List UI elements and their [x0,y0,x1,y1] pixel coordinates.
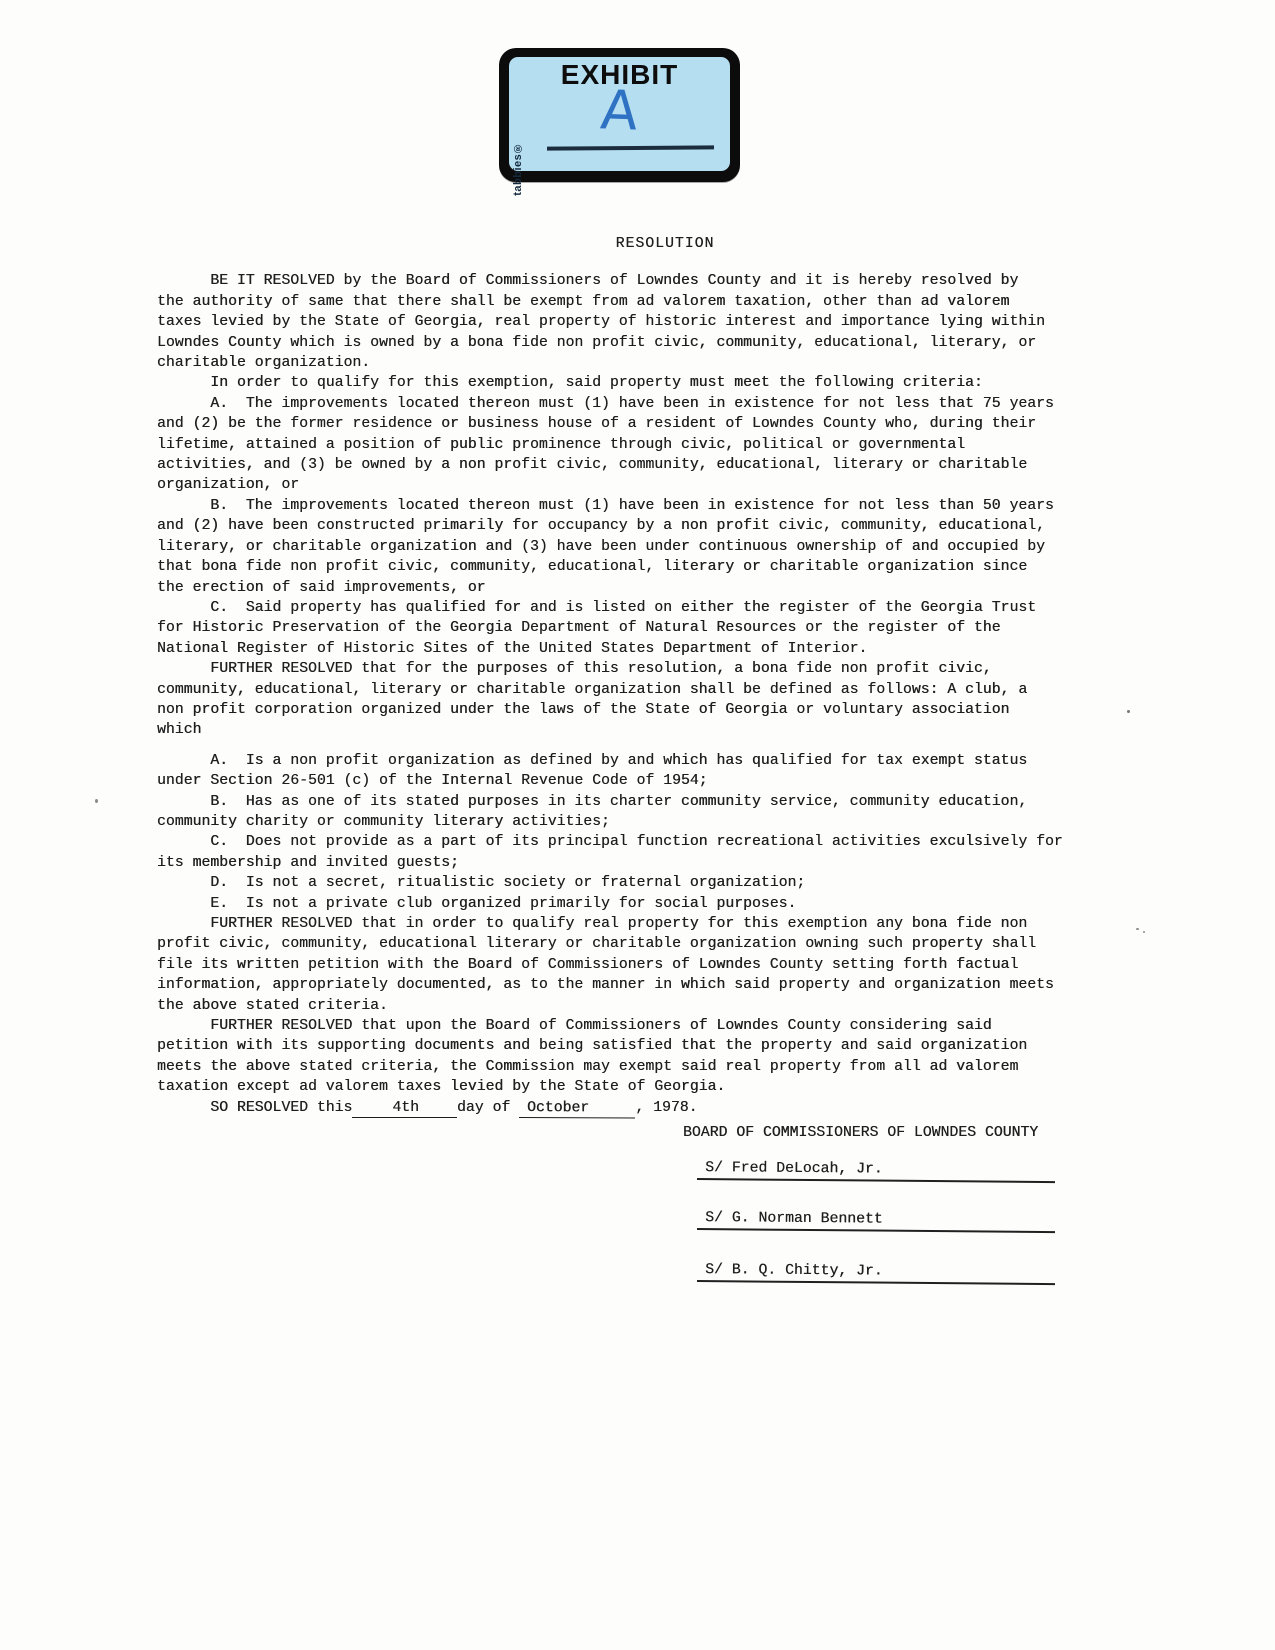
paragraph: B. The improvements located thereon must… [157,496,1137,598]
date-prefix: SO RESOLVED this [157,1100,352,1116]
resolution-document: RESOLUTION BE IT RESOLVED by the Board o… [157,234,1137,1283]
exhibit-underline [547,145,714,150]
signature-line: S/ Fred DeLocah, Jr. [697,1158,1055,1184]
paragraph: C. Said property has qualified for and i… [157,598,1137,659]
date-day-blank: 4th [352,1100,457,1118]
paragraph: BE IT RESOLVED by the Board of Commissio… [157,271,1137,373]
paragraph: A. Is a non profit organization as defin… [157,751,1137,792]
signature-line: S/ B. Q. Chitty, Jr. [697,1260,1055,1286]
paragraph: FURTHER RESOLVED that in order to qualif… [157,914,1137,1016]
paragraph: FURTHER RESOLVED that for the purposes o… [157,659,1137,741]
paragraph: D. Is not a secret, ritualistic society … [157,873,1137,893]
document-title: RESOLUTION [211,234,1119,254]
scan-speck [1143,931,1145,933]
signature-header: BOARD OF COMMISSIONERS OF LOWNDES COUNTY [683,1123,1063,1143]
paragraph: B. Has as one of its stated purposes in … [157,792,1137,833]
resolution-date-line: SO RESOLVED this4thday of October, 1978. [157,1098,1137,1118]
scan-speck [1136,928,1139,930]
signature-block: BOARD OF COMMISSIONERS OF LOWNDES COUNTY… [683,1123,1063,1283]
exhibit-letter: A [507,79,733,143]
paragraph: FURTHER RESOLVED that upon the Board of … [157,1016,1137,1098]
exhibit-sticker: tabbies® EXHIBIT A [499,48,740,182]
paragraph: C. Does not provide as a part of its pri… [157,832,1137,873]
tabbies-brand-label: tabbies® [512,141,524,196]
exhibit-sticker-face: tabbies® EXHIBIT A [509,57,730,171]
paragraph: In order to qualify for this exemption, … [157,373,1137,393]
paragraph: E. Is not a private club organized prima… [157,894,1137,914]
paragraph: A. The improvements located thereon must… [157,394,1137,496]
scan-speck [95,799,98,803]
date-suffix: , 1978. [635,1100,697,1116]
date-month-blank: October [519,1100,635,1119]
signature-line: S/ G. Norman Bennett [697,1208,1055,1234]
scan-speck [1127,710,1130,713]
date-middle: day of [457,1100,519,1116]
document-page: tabbies® EXHIBIT A RESOLUTION BE IT RESO… [0,0,1275,1650]
